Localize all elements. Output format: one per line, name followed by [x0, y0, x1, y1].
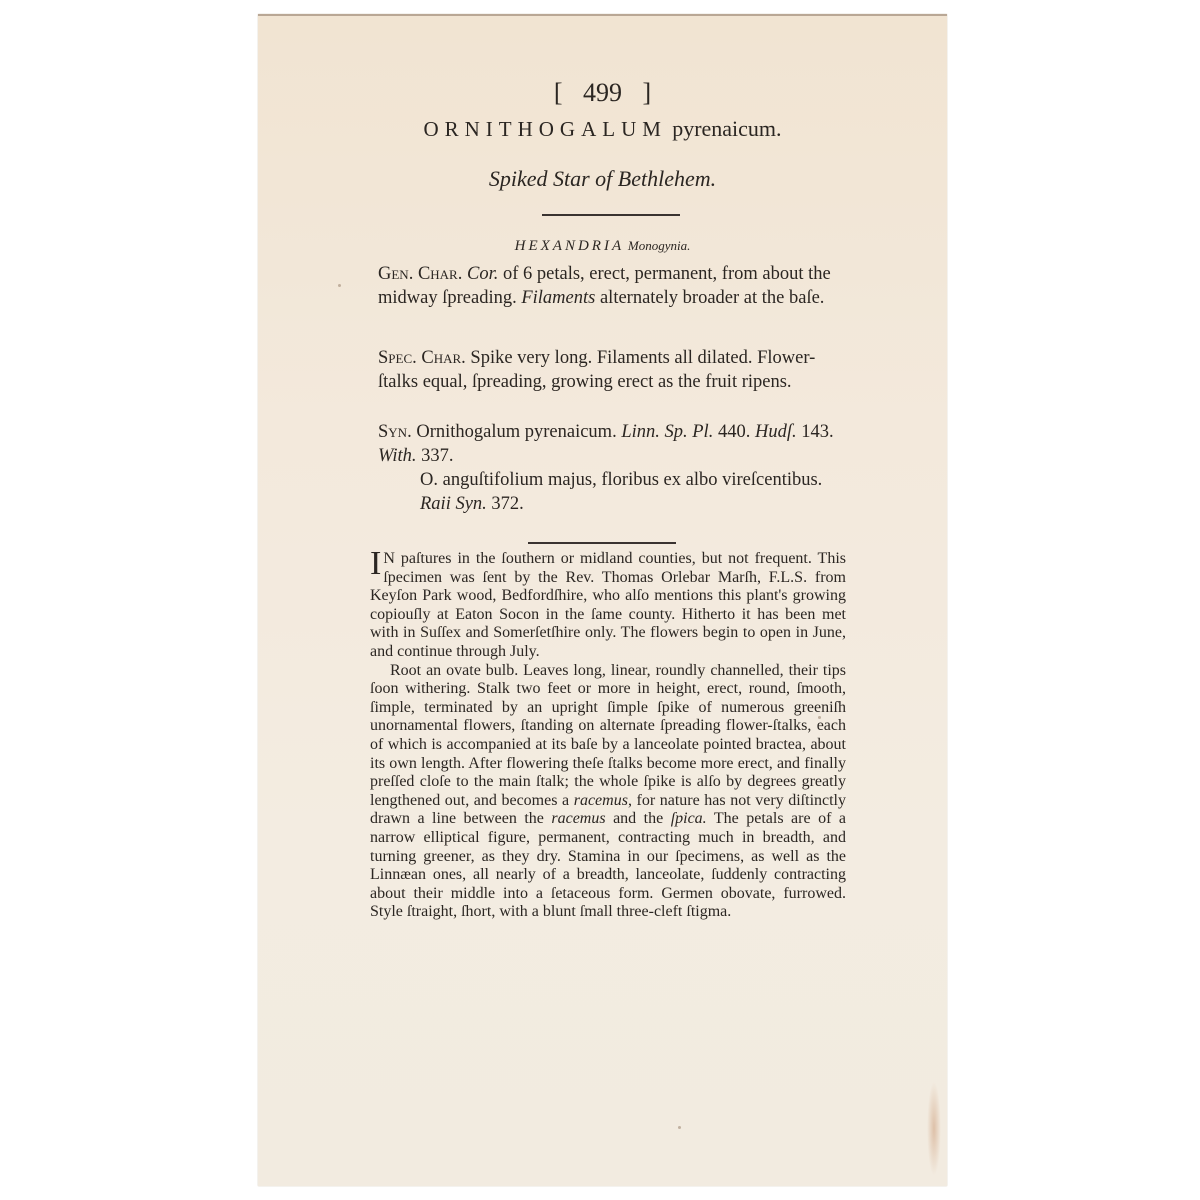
common-name: Spiked Star of Bethlehem. — [258, 166, 947, 192]
syn-label: Syn. — [378, 422, 412, 442]
generic-character: Gen. Char. Cor. of 6 petals, erect, perm… — [378, 262, 840, 310]
paragraph-description: Root an ovate bulb. Leaves long, linear,… — [370, 662, 846, 922]
gen-char-label: Gen. Char. — [378, 264, 462, 284]
syn-ref-raii: Raii Syn. — [420, 494, 487, 514]
syn-ref-with: With. — [378, 446, 417, 466]
book-page: [ 499 ] ORNITHOGALUM pyrenaicum. Spiked … — [258, 14, 947, 1186]
divider-rule-2 — [528, 542, 676, 544]
syn-ref-huds: Hudſ. — [755, 422, 797, 442]
title-genus: ORNITHOGALUM — [423, 117, 667, 141]
paper-speck — [338, 284, 341, 287]
gen-char-text-2: alternately broader at the baſe. — [595, 288, 824, 308]
syn-name-1: Ornithogalum pyrenaicum. — [412, 422, 622, 442]
drop-cap: I — [370, 554, 381, 574]
syn-ref-with-num: 337. — [417, 446, 454, 466]
linnaean-class: HEXANDRIA — [515, 238, 624, 254]
paragraph-habitat: IN paſtures in the ſouthern or midland c… — [370, 550, 846, 662]
term-racemus: racemus — [574, 792, 628, 809]
synonym-2: O. anguſtifolium majus, floribus ex albo… — [420, 468, 840, 516]
gen-char-cor: Cor. — [467, 264, 498, 284]
term-racemus-2: racemus — [551, 810, 605, 827]
syn-ref-linn: Linn. Sp. Pl. — [621, 422, 713, 442]
linnaean-order: Monogynia. — [628, 238, 690, 253]
specific-character: Spec. Char. Spike very long. Filaments a… — [378, 346, 840, 394]
syn-ref-huds-num: 143. — [797, 422, 834, 442]
habitat-text: N paſtures in the ſouthern or midland co… — [370, 550, 846, 660]
term-spica: ſpica. — [671, 810, 707, 827]
page-number: [ 499 ] — [258, 78, 947, 108]
title-species: pyrenaicum. — [672, 116, 781, 141]
classification: HEXANDRIA Monogynia. — [258, 238, 947, 255]
divider-rule — [542, 214, 680, 216]
syn-ref-raii-num: 372. — [487, 494, 524, 514]
paper-speck — [678, 1126, 681, 1129]
gen-char-filaments: Filaments — [521, 288, 595, 308]
syn-ref-linn-num: 440. — [713, 422, 755, 442]
description-body: IN paſtures in the ſouthern or midland c… — [370, 550, 846, 922]
spec-char-label: Spec. Char. — [378, 348, 466, 368]
page-title: ORNITHOGALUM pyrenaicum. — [258, 116, 947, 142]
description-text-c: and the — [606, 810, 671, 827]
syn-name-2: O. anguſtifolium majus, floribus ex albo… — [420, 470, 822, 490]
synonyms: Syn. Ornithogalum pyrenaicum. Linn. Sp. … — [378, 420, 840, 468]
paper-speck — [818, 716, 821, 719]
description-text-a: Root an ovate bulb. Leaves long, linear,… — [370, 662, 846, 809]
